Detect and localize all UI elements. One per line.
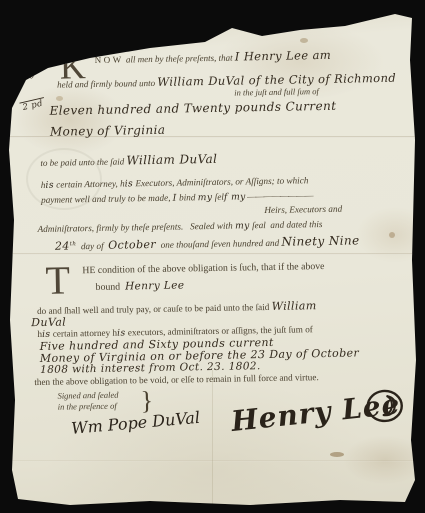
date-line: 24th day of October one thouſand ſeven h… xyxy=(55,233,360,252)
day-of-printed: day of xyxy=(76,241,108,252)
paid-unto-line: to be paid unto the ſaid William DuVal xyxy=(40,152,217,169)
his-hand: is xyxy=(45,180,54,191)
sum-amount-hand: Eleven hundred and Twenty pounds Current xyxy=(49,99,336,118)
dropcap-t: T xyxy=(45,264,70,296)
opening-line: NOW all men by theſe preſents, that I He… xyxy=(95,48,332,66)
opening-printed: all men by theſe preſents, that xyxy=(124,53,235,65)
attorney-line: his certain Attorney, his Executors, Adm… xyxy=(41,175,309,191)
bound-unto-line: held and firmly bound unto William DuVal… xyxy=(57,71,396,91)
payee-name-hand: William DuVal xyxy=(126,152,217,168)
seal-dated-printed: ſeal and dated this xyxy=(250,219,323,230)
sum-of-printed: in the juſt and full ſum of xyxy=(234,86,319,97)
self-printed: ſel xyxy=(212,192,224,202)
witness-signature: Wm Pope DuVal xyxy=(70,408,200,438)
attorney-printed2: certain attorney h xyxy=(50,328,117,339)
bound-line: bound Henry Lee xyxy=(96,279,185,293)
blank-rule: ———————— xyxy=(246,190,313,201)
margin-note-amount: £60 xyxy=(13,71,39,85)
attorney-printed: Executors, Adminiſtrators, or Aſſigns; t… xyxy=(133,175,308,188)
heirs-printed: Heirs, Executors and xyxy=(264,204,342,215)
payment-line: payment well and truly to be made, I bin… xyxy=(41,190,313,206)
paper-sheet: £60 2 pd K NOW all men by theſe preſents… xyxy=(0,0,425,513)
bind-printed: bind xyxy=(177,192,198,202)
pay-unto-line2: do and ſhall well and truly pay, or cauſ… xyxy=(37,299,317,317)
obligor-name2-hand: Henry Lee xyxy=(125,279,185,292)
document-content: £60 2 pd K NOW all men by theſe preſents… xyxy=(0,0,425,513)
year-printed: one thouſand ſeven hundred and xyxy=(156,238,282,250)
opening-know: NOW xyxy=(95,54,124,65)
fmy-hand: f my xyxy=(224,191,246,202)
my-hand: my xyxy=(235,220,250,231)
payee-first-hand: William xyxy=(272,299,317,313)
condition-line: HE condition of the above obligation is … xyxy=(82,261,324,276)
payee-last-hand: DuVal xyxy=(31,316,66,330)
margin-note: £60 2 pd xyxy=(9,53,50,130)
seal-mark xyxy=(364,387,409,433)
sum-currency-hand: Money of Virginia xyxy=(50,123,166,139)
administrators-printed: Adminiſtrators, firmly by theſe preſents… xyxy=(38,221,236,234)
year-hand: Ninety Nine xyxy=(281,233,359,248)
obligor-name-hand: I Henry Lee am xyxy=(235,48,332,64)
day-number-hand: 24 xyxy=(55,239,70,252)
attestation-block: Signed and ſealed in the preſence of xyxy=(57,389,147,412)
my-hand: my xyxy=(198,192,213,203)
margin-note-paid: 2 pd xyxy=(19,97,46,113)
attorney-printed: certain Attorney, h xyxy=(54,178,125,189)
bound-unto-printed: held and firmly bound unto xyxy=(57,78,157,90)
his-hand2: is xyxy=(42,329,51,340)
paid-unto-printed: to be paid unto the ſaid xyxy=(40,156,126,167)
seal-flourish-icon xyxy=(364,387,409,428)
attestation-line2: in the preſence of xyxy=(58,400,148,412)
pay-unto-printed2: do and ſhall well and truly pay, or cauſ… xyxy=(37,302,272,316)
administrators-line: Adminiſtrators, firmly by theſe preſents… xyxy=(38,219,323,235)
bound-printed: bound xyxy=(96,281,126,293)
attorney-printed2: executors, adminiſtrators or aſſigns, th… xyxy=(125,324,312,337)
payment-printed: payment well and truly to be made, xyxy=(41,193,173,205)
his-hand2: is xyxy=(117,327,126,338)
month-hand: October xyxy=(108,238,156,252)
scanned-bond-document: £60 2 pd K NOW all men by theſe preſents… xyxy=(0,0,425,513)
